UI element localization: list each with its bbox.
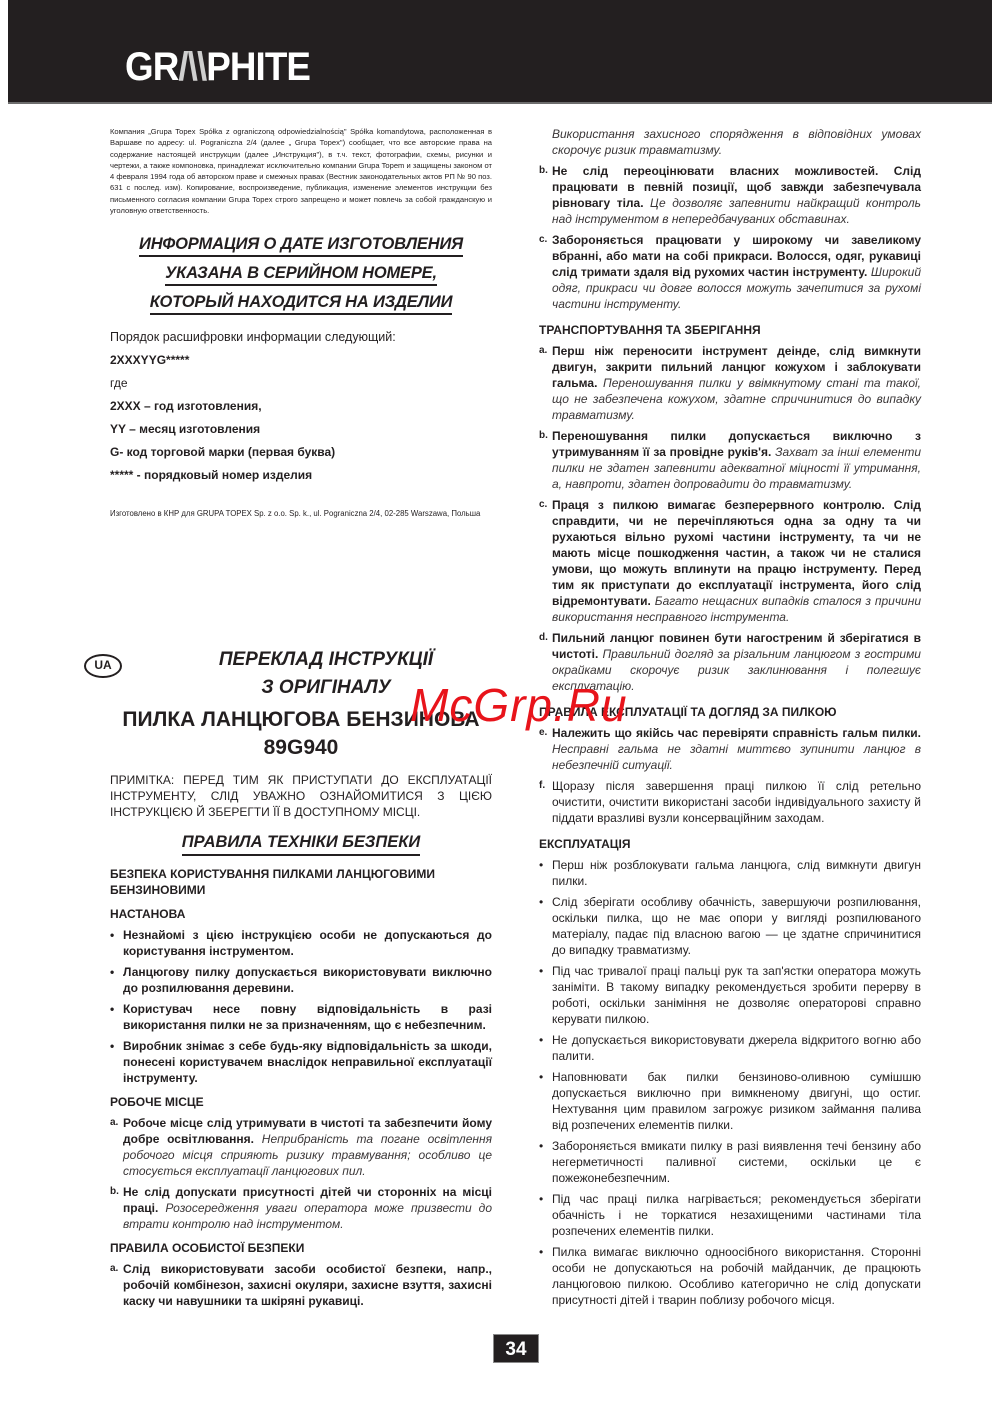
list-item: b.Не слід переоцінювати власних можливос… bbox=[539, 163, 921, 227]
list-item: b.Переношування пилки допускається виклю… bbox=[539, 428, 921, 492]
list-item: a.Перш ніж переносити інструмент деінде,… bbox=[539, 343, 921, 423]
italic-text: Розосередження уваги оператора може приз… bbox=[123, 1201, 492, 1231]
list-item: f.Щоразу після завершення праці пилкою ї… bbox=[539, 778, 921, 826]
subsection-heading: ПРАВИЛА ОСОБИСТОЇ БЕЗПЕКИ bbox=[110, 1240, 492, 1256]
decode-intro: Порядок расшифровки информации следующий… bbox=[110, 329, 492, 345]
list-item: a.Робоче місце слід утримувати в чистоті… bbox=[110, 1115, 492, 1179]
bullet-item: Виробник знімає з себе будь-яку відповід… bbox=[110, 1038, 492, 1086]
model-number: 89G940 bbox=[110, 734, 492, 762]
product-title: ПИЛКА ЛАНЦЮГОВА БЕНЗИНОВА 89G940 bbox=[110, 706, 492, 762]
heading-line: КОТОРЫЙ НАХОДИТСЯ НА ИЗДЕЛИИ bbox=[150, 293, 453, 315]
list-letter: c. bbox=[539, 232, 547, 248]
page-number: 34 bbox=[493, 1334, 539, 1363]
bold-text: Праця з пилкою вимагає безперервного кон… bbox=[552, 498, 921, 608]
decode-item: G- код торговой марки (первая буква) bbox=[110, 444, 492, 460]
workplace-list: a.Робоче місце слід утримувати в чистоті… bbox=[110, 1115, 492, 1232]
graphite-logo: GR/\\PHITE bbox=[125, 48, 310, 86]
bold-text: Забороняється працювати у широкому чи за… bbox=[552, 233, 921, 279]
transport-list: a.Перш ніж переносити інструмент деінде,… bbox=[539, 343, 921, 694]
bullet-item: Під час праці пилка нагрівається; рекоме… bbox=[539, 1191, 921, 1239]
list-letter: e. bbox=[539, 725, 547, 741]
section-heading: ПРАВИЛА ЕКСПЛУАТАЦІЇ ТА ДОГЛЯД ЗА ПИЛКОЮ bbox=[539, 704, 921, 720]
bullet-item: Не допускається використовувати джерела … bbox=[539, 1032, 921, 1064]
heading-line: УКАЗАНА В СЕРИЙНОМ НОМЕРЕ, bbox=[165, 264, 437, 286]
bold-text: Належить що якійсь час перевіряти справн… bbox=[552, 726, 921, 740]
personal-safety-list: b.Не слід переоцінювати власних можливос… bbox=[539, 163, 921, 312]
bullet-item: Пилка вимагає виключно одноосібного вико… bbox=[539, 1244, 921, 1308]
guidance-list: Незнайомі з цією інструкцією особи не до… bbox=[110, 927, 492, 1086]
list-letter: b. bbox=[539, 428, 548, 444]
copyright-notice: Компания „Grupa Topex Spółka z ograniczo… bbox=[110, 126, 492, 216]
section-heading: ЕКСПЛУАТАЦІЯ bbox=[539, 836, 921, 852]
section-heading: ТРАНСПОРТУВАННЯ ТА ЗБЕРІГАННЯ bbox=[539, 322, 921, 338]
italic-text: Переношування пилки у ввімкнутому стані … bbox=[552, 376, 921, 422]
list-letter: a. bbox=[110, 1115, 118, 1131]
list-letter: b. bbox=[110, 1184, 119, 1200]
plain-text: Щоразу після завершення праці пилкою її … bbox=[552, 779, 921, 825]
list-item-continuation: Використання захисного спорядження в від… bbox=[539, 126, 921, 158]
bullet-item: Під час тривалої праці пальці рук та зап… bbox=[539, 963, 921, 1027]
manufacture-date-heading: ИНФОРМАЦИЯ О ДАТЕ ИЗГОТОВЛЕНИЯ УКАЗАНА В… bbox=[110, 234, 492, 321]
bullet-item: Користувач несе повну відповідальність в… bbox=[110, 1001, 492, 1033]
operation-list: Перш ніж розблокувати гальма ланцюга, сл… bbox=[539, 857, 921, 1308]
decode-item: 2XXX – год изготовления, bbox=[110, 398, 492, 414]
decode-item: YY – месяц изготовления bbox=[110, 421, 492, 437]
list-letter: a. bbox=[539, 343, 547, 359]
ua-section: UA ПЕРЕКЛАД ІНСТРУКЦІЇ З ОРИГІНАЛУ ПИЛКА… bbox=[110, 646, 492, 1309]
italic-text: Правильний догляд за різальним ланцюгом … bbox=[552, 647, 921, 693]
list-letter: b. bbox=[539, 163, 548, 179]
list-item: c.Праця з пилкою вимагає безперервного к… bbox=[539, 497, 921, 625]
list-item: b.Не слід допускати присутності дітей чи… bbox=[110, 1184, 492, 1232]
right-column: Використання захисного спорядження в від… bbox=[539, 126, 921, 1308]
bullet-item: Незнайомі з цією інструкцією особи не до… bbox=[110, 927, 492, 959]
made-in-notice: Изготовлено в КНР для GRUPA TOPEX Sp. z … bbox=[110, 508, 492, 519]
italic-text: Несправні гальма не здатні миттєво зупин… bbox=[552, 742, 921, 772]
bullet-item: Наповнювати бак пилки бензиново-оливною … bbox=[539, 1069, 921, 1133]
list-item: d.Пильний ланцюг повинен бути нагострени… bbox=[539, 630, 921, 694]
section-heading: БЕЗПЕКА КОРИСТУВАННЯ ПИЛКАМИ ЛАНЦЮГОВИМИ… bbox=[110, 866, 492, 898]
list-item: a. Слід використовувати засоби особистої… bbox=[110, 1261, 492, 1309]
decode-where: где bbox=[110, 375, 492, 391]
translation-title: ПЕРЕКЛАД ІНСТРУКЦІЇ З ОРИГІНАЛУ bbox=[160, 646, 492, 702]
decode-item: ***** - порядковый номер изделия bbox=[110, 467, 492, 483]
subsection-heading: НАСТАНОВА bbox=[110, 906, 492, 922]
warning-note: ПРИМІТКА: ПЕРЕД ТИМ ЯК ПРИСТУПАТИ ДО ЕКС… bbox=[110, 772, 492, 820]
subsection-heading: РОБОЧЕ МІСЦЕ bbox=[110, 1094, 492, 1110]
bullet-item: Перш ніж розблокувати гальма ланцюга, сл… bbox=[539, 857, 921, 889]
list-letter: f. bbox=[539, 778, 545, 794]
safety-rules-heading: ПРАВИЛА ТЕХНІКИ БЕЗПЕКИ bbox=[110, 832, 492, 856]
list-item: c.Забороняється працювати у широкому чи … bbox=[539, 232, 921, 312]
serial-code-format: 2XXXYYG***** bbox=[110, 352, 492, 368]
left-column: Компания „Grupa Topex Spółka z ograniczo… bbox=[110, 126, 492, 519]
list-letter: c. bbox=[539, 497, 547, 513]
care-list: e.Належить що якійсь час перевіряти спра… bbox=[539, 725, 921, 826]
bullet-item: Ланцюгову пилку допускається використову… bbox=[110, 964, 492, 996]
header-bar: GR/\\PHITE bbox=[8, 0, 992, 104]
ua-language-badge: UA bbox=[84, 654, 122, 678]
list-letter: d. bbox=[539, 630, 548, 646]
bullet-item: Слід зберігати особливу обачність, завер… bbox=[539, 894, 921, 958]
heading-line: ИНФОРМАЦИЯ О ДАТЕ ИЗГОТОВЛЕНИЯ bbox=[139, 235, 463, 257]
bullet-item: Забороняється вмикати пилку в разі виявл… bbox=[539, 1138, 921, 1186]
list-item: e.Належить що якійсь час перевіряти спра… bbox=[539, 725, 921, 773]
